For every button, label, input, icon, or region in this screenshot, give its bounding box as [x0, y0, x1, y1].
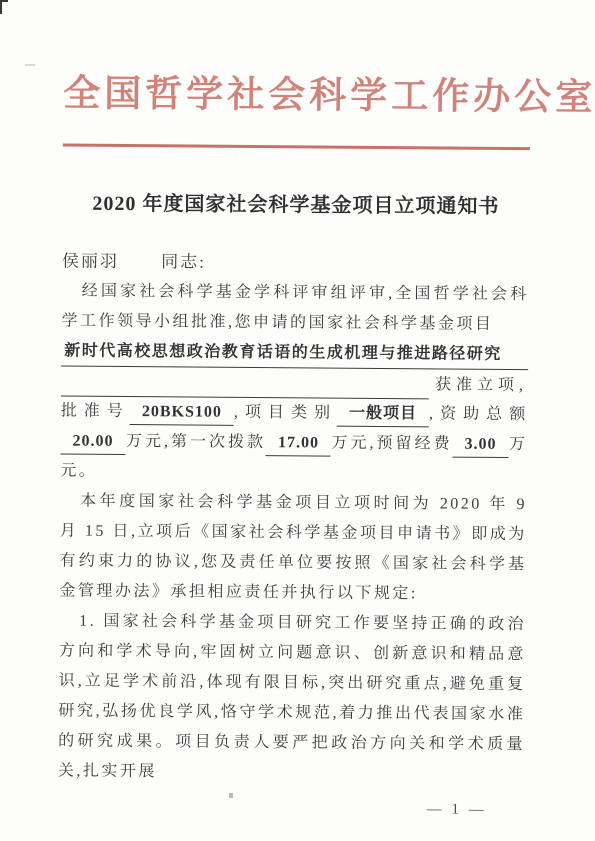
project-title-line: 新时代高校思想政治教育话语的生成机理与推进路径研究 [61, 336, 528, 370]
total-funding-label: ,资助总额 [429, 405, 528, 423]
category-label: ,项目类别 [234, 404, 337, 422]
project-title-fill: 新时代高校思想政治教育话语的生成机理与推进路径研究 [61, 337, 528, 370]
first-payment-label: 万元,第一次拨款 [125, 433, 266, 451]
blank-underline [61, 371, 429, 399]
document-title: 2020 年度国家社会科学基金项目立项通知书 [62, 188, 529, 222]
notice-document-page: 全国哲学社会科学工作办公室 2020 年度国家社会科学基金项目立项通知书 侯丽羽… [0, 0, 595, 841]
paragraph-rule-1: 1. 国家社会科学基金项目研究工作要坚持正确的政治方向和学术导向,牢固树立问题意… [58, 606, 526, 790]
reserve-funds-label: 万元,预留经费 [331, 435, 453, 453]
approval-no-label: 批准号 [61, 402, 130, 420]
paragraph-terms: 本年度国家社会科学基金项目立项时间为 2020 年 9 月 15 日,立项后《国… [59, 486, 527, 610]
document-content: 全国哲学社会科学工作办公室 2020 年度国家社会科学基金项目立项通知书 侯丽羽… [0, 0, 595, 820]
reserve-amount-fill: 3.00 [452, 432, 508, 458]
paragraph-grant-details: 批准号20BKS100,项目类别一般项目,资助总额20.00万元,第一次拨款17… [60, 396, 528, 490]
recipient-name: 侯丽羽 [62, 251, 119, 270]
header-divider-rule [63, 143, 530, 150]
page-number: — 1 — [58, 798, 525, 819]
first-payment-fill: 17.00 [266, 430, 331, 457]
salutation-honorific: 同志: [161, 252, 206, 271]
approval-no-fill: 20BKS100 [130, 399, 234, 426]
continuation-underline-line: 获准立项, [61, 366, 528, 400]
approved-suffix-text: 获准立项, [435, 371, 528, 400]
issuing-org-title: 全国哲学社会科学工作办公室 [63, 71, 530, 123]
total-amount-fill: 20.00 [60, 428, 125, 455]
project-category-fill: 一般项目 [337, 401, 429, 428]
salutation-line: 侯丽羽 同志: [62, 246, 529, 280]
paragraph-approval-lead: 经国家社会科学基金学科评审组评审,全国哲学社会科学工作领导小组批准,您申请的国家… [61, 276, 528, 340]
